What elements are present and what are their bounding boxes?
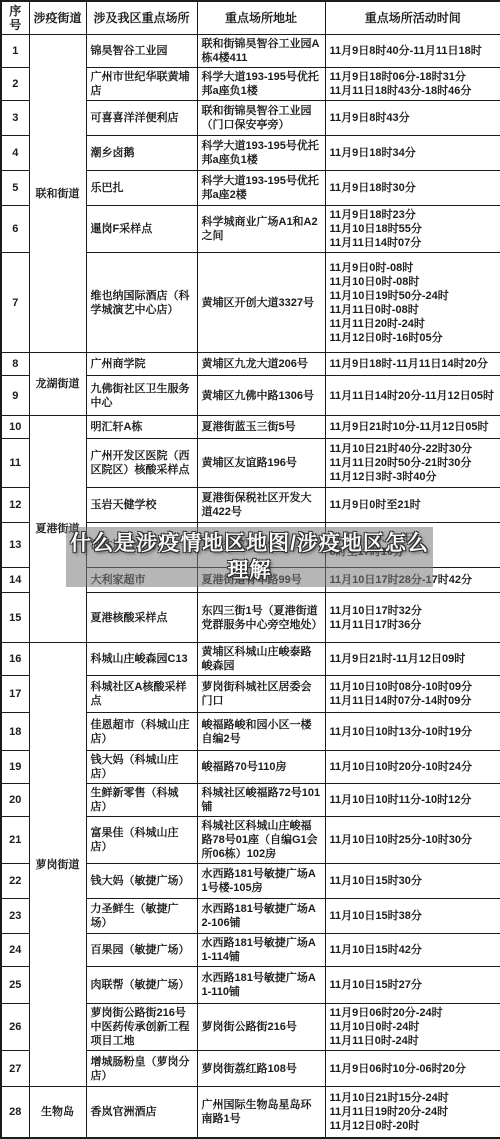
row-number-cell: 10 bbox=[1, 416, 29, 439]
time-line: 11月12日3时-3时40分 bbox=[330, 470, 497, 484]
column-header-address: 重点场所地址 bbox=[197, 1, 325, 35]
time-line: 11月12日0时-16时05分 bbox=[330, 331, 497, 345]
time-line: 11月10日18时55分 bbox=[330, 222, 497, 236]
address-cell: 萝岗街科城社区居委会门口 bbox=[197, 676, 325, 713]
place-cell: 佳恩超市（科城山庄店） bbox=[86, 713, 197, 751]
place-cell: 锦昊智谷工业园 bbox=[86, 35, 197, 68]
row-number-cell: 27 bbox=[1, 1051, 29, 1087]
time-line: 11月12日0时-20时 bbox=[330, 1119, 497, 1133]
row-number-cell: 13 bbox=[1, 523, 29, 568]
time-line: 11月9日21时-11月12日09时 bbox=[330, 652, 497, 666]
row-number-cell: 17 bbox=[1, 676, 29, 713]
page: 序号 涉疫街道 涉及我区重点场所 重点场所地址 重点场所活动时间 1联和街道锦昊… bbox=[0, 0, 500, 1139]
time-cell: 11月10日10时11分-10时12分 bbox=[325, 784, 500, 817]
time-line: 11月10日10时13分-10时19分 bbox=[330, 725, 497, 739]
time-line: 11月11日17时36分 bbox=[330, 618, 497, 632]
place-cell: 力圣鲜生（敏捷广场） bbox=[86, 899, 197, 934]
time-line: 11月9日18时34分 bbox=[330, 146, 497, 160]
time-cell: 11月9日0时至21时 bbox=[325, 488, 500, 523]
time-line: 11月11日0时-08时 bbox=[330, 303, 497, 317]
time-cell: 11月10日21时15分-24时11月11日19时20分-24时11月12日0时… bbox=[325, 1087, 500, 1138]
address-cell: 水西路181号敏捷广场A1-110铺 bbox=[197, 967, 325, 1004]
row-number-cell: 2 bbox=[1, 68, 29, 101]
address-cell: 夏港街道青年路99号 bbox=[197, 568, 325, 593]
place-cell: 增城肠粉皇（萝岗分店） bbox=[86, 1051, 197, 1087]
time-cell: 11月10日21时40分-22时30分11月11日20时50分-21时30分11… bbox=[325, 439, 500, 488]
time-cell: 11月9日18时-11月11日14时20分 bbox=[325, 353, 500, 376]
address-cell: 水西路181号敏捷广场A1-114铺 bbox=[197, 934, 325, 967]
time-line: 8时至17时10分 bbox=[330, 545, 497, 559]
time-line: 11月9日06时10分-06时20分 bbox=[330, 1062, 497, 1076]
row-number-cell: 20 bbox=[1, 784, 29, 817]
time-cell: 11月9日06时20分-24时11月10日0时-24时11月11日0时-24时 bbox=[325, 1004, 500, 1051]
place-cell: 玉岩天健学校 bbox=[86, 488, 197, 523]
time-cell: 11月9日18时34分 bbox=[325, 136, 500, 171]
address-cell: 峻福路峻和园小区一楼自编2号 bbox=[197, 713, 325, 751]
address-cell: 科学城商业广场A1和A2之间 bbox=[197, 206, 325, 253]
address-cell: 夏港街保税社区开发大道422号 bbox=[197, 488, 325, 523]
time-line: 11月10日10时20分-10时24分 bbox=[330, 760, 497, 774]
place-cell: 百果园（敏捷广场） bbox=[86, 934, 197, 967]
time-line: 11月10日10时11分-10时12分 bbox=[330, 793, 497, 807]
time-cell: 11月9、10、11日8时至17时10分 bbox=[325, 523, 500, 568]
place-cell: 广州开发区医院（西区院区）核酸采样点 bbox=[86, 439, 197, 488]
row-number-cell: 3 bbox=[1, 101, 29, 136]
address-cell: 科城社区科城山庄峻福路78号01座（自编G1会所06栋）102房 bbox=[197, 817, 325, 864]
row-number-cell: 21 bbox=[1, 817, 29, 864]
place-cell: 生鲜新零售（科城店） bbox=[86, 784, 197, 817]
time-line: 11月11日20时-24时 bbox=[330, 317, 497, 331]
address-cell: 黄埔区九佛中路1306号 bbox=[197, 376, 325, 416]
place-cell: 钱大妈（科城山庄店） bbox=[86, 751, 197, 784]
row-number-cell: 19 bbox=[1, 751, 29, 784]
row-number-cell: 18 bbox=[1, 713, 29, 751]
time-line: 11月11日19时20分-24时 bbox=[330, 1105, 497, 1119]
street-cell: 联和街道 bbox=[29, 35, 86, 353]
time-line: 11月11日0时-24时 bbox=[330, 1034, 497, 1048]
place-cell: 暹岗F采样点 bbox=[86, 206, 197, 253]
row-number-cell: 16 bbox=[1, 643, 29, 676]
time-line: 11月10日15时42分 bbox=[330, 943, 497, 957]
row-number-cell: 12 bbox=[1, 488, 29, 523]
row-number-cell: 28 bbox=[1, 1087, 29, 1138]
row-number-cell: 14 bbox=[1, 568, 29, 593]
place-cell: 明汇轩A栋 bbox=[86, 416, 197, 439]
time-line: 11月10日21时15分-24时 bbox=[330, 1091, 497, 1105]
time-cell: 11月9日8时43分 bbox=[325, 101, 500, 136]
table-row: 10夏港街道明汇轩A栋夏港街蓝玉三街5号11月9日21时10分-11月12日05… bbox=[1, 416, 500, 439]
address-cell: 水西路181号敏捷广场A1号楼-105房 bbox=[197, 864, 325, 899]
street-cell: 龙湖街道 bbox=[29, 353, 86, 416]
row-number-cell: 15 bbox=[1, 593, 29, 643]
table-header-row: 序号 涉疫街道 涉及我区重点场所 重点场所地址 重点场所活动时间 bbox=[1, 1, 500, 35]
address-cell: 黄埔区友谊路196号 bbox=[197, 439, 325, 488]
time-line: 11月10日17时32分 bbox=[330, 604, 497, 618]
time-line: 11月11日18时43分-18时46分 bbox=[330, 84, 497, 98]
time-cell: 11月11日14时20分-11月12日05时 bbox=[325, 376, 500, 416]
time-cell: 11月9日18时06分-18时31分11月11日18时43分-18时46分 bbox=[325, 68, 500, 101]
row-number-cell: 22 bbox=[1, 864, 29, 899]
address-cell: 黄埔区科城山庄峻泰路峻森园 bbox=[197, 643, 325, 676]
place-cell: 潮乡卤鹅 bbox=[86, 136, 197, 171]
time-line: 11月10日21时40分-22时30分 bbox=[330, 442, 497, 456]
time-line: 11月9日18时23分 bbox=[330, 208, 497, 222]
place-cell: 钱大妈（敏捷广场） bbox=[86, 864, 197, 899]
address-cell: 夏港街滨河路9号 bbox=[197, 523, 325, 568]
column-header-place: 涉及我区重点场所 bbox=[86, 1, 197, 35]
address-cell: 广州国际生物岛星岛环南路1号 bbox=[197, 1087, 325, 1138]
time-line: 11月9日18时30分 bbox=[330, 181, 497, 195]
place-cell: 科城山庄峻森园C13 bbox=[86, 643, 197, 676]
time-cell: 11月9日21时10分-11月12日05时 bbox=[325, 416, 500, 439]
place-cell: 乐巴扎 bbox=[86, 171, 197, 206]
time-line: 11月9日0时至21时 bbox=[330, 498, 497, 512]
time-line: 11月11日14时07分-14时09分 bbox=[330, 694, 497, 708]
address-cell: 峻福路70号110房 bbox=[197, 751, 325, 784]
place-cell: 九佛街社区卫生服务中心 bbox=[86, 376, 197, 416]
address-cell: 萝岗街荔红路108号 bbox=[197, 1051, 325, 1087]
row-number-cell: 11 bbox=[1, 439, 29, 488]
address-cell: 联和街锦昊智谷工业园（门口保安亭旁） bbox=[197, 101, 325, 136]
street-cell: 萝岗街道 bbox=[29, 643, 86, 1087]
time-line: 11月9日18时-11月11日14时20分 bbox=[330, 357, 497, 371]
time-line: 11月9日0时-08时 bbox=[330, 261, 497, 275]
time-cell: 11月10日10时20分-10时24分 bbox=[325, 751, 500, 784]
table-row: 1联和街道锦昊智谷工业园联和街锦昊智谷工业园A栋4楼41111月9日8时40分-… bbox=[1, 35, 500, 68]
place-cell: 广州商学院 bbox=[86, 353, 197, 376]
time-line: 11月9日18时06分-18时31分 bbox=[330, 70, 497, 84]
row-number-cell: 26 bbox=[1, 1004, 29, 1051]
time-line: 11月10日15时38分 bbox=[330, 909, 497, 923]
time-line: 11月11日20时50分-21时30分 bbox=[330, 456, 497, 470]
address-cell: 东四三街1号（夏港街道党群服务中心旁空地处） bbox=[197, 593, 325, 643]
place-cell: 萝岗街公路街216号中医药传承创新工程项目工地 bbox=[86, 1004, 197, 1051]
place-cell: 肉联帮（敏捷广场） bbox=[86, 967, 197, 1004]
place-cell: 香岚官洲酒店 bbox=[86, 1087, 197, 1138]
time-cell: 11月10日10时13分-10时19分 bbox=[325, 713, 500, 751]
time-line: 11月10日17时28分-17时42分 bbox=[330, 573, 497, 587]
row-number-cell: 7 bbox=[1, 253, 29, 353]
address-cell: 科学大道193-195号优托邦a座负1楼 bbox=[197, 136, 325, 171]
address-cell: 联和街锦昊智谷工业园A栋4楼411 bbox=[197, 35, 325, 68]
place-cell: 可喜喜洋洋便利店 bbox=[86, 101, 197, 136]
row-number-cell: 8 bbox=[1, 353, 29, 376]
table-row: 28生物岛香岚官洲酒店广州国际生物岛星岛环南路1号11月10日21时15分-24… bbox=[1, 1087, 500, 1138]
address-cell: 科学大道193-195号优托邦a座负1楼 bbox=[197, 68, 325, 101]
time-cell: 11月9日21时-11月12日09时 bbox=[325, 643, 500, 676]
place-cell: 维也纳国际酒店（科学城演艺中心店） bbox=[86, 253, 197, 353]
table-body: 1联和街道锦昊智谷工业园联和街锦昊智谷工业园A栋4楼41111月9日8时40分-… bbox=[1, 35, 500, 1138]
place-cell: 科城社区A核酸采样点 bbox=[86, 676, 197, 713]
time-line: 11月9日8时43分 bbox=[330, 111, 497, 125]
row-number-cell: 1 bbox=[1, 35, 29, 68]
row-number-cell: 25 bbox=[1, 967, 29, 1004]
time-cell: 11月9日18时23分11月10日18时55分11月11日14时07分 bbox=[325, 206, 500, 253]
row-number-cell: 5 bbox=[1, 171, 29, 206]
time-line: 11月9、10、11日 bbox=[330, 531, 497, 545]
time-line: 11月11日14时07分 bbox=[330, 236, 497, 250]
place-cell: 广州市世纪华联黄埔店 bbox=[86, 68, 197, 101]
address-cell: 水西路181号敏捷广场A2-106铺 bbox=[197, 899, 325, 934]
time-cell: 11月10日10时25分-10时30分 bbox=[325, 817, 500, 864]
street-cell: 生物岛 bbox=[29, 1087, 86, 1138]
column-header-time: 重点场所活动时间 bbox=[325, 1, 500, 35]
time-line: 11月9日21时10分-11月12日05时 bbox=[330, 420, 497, 434]
time-cell: 11月9日0时-08时11月10日0时-08时11月10日19时50分-24时1… bbox=[325, 253, 500, 353]
time-cell: 11月10日15时30分 bbox=[325, 864, 500, 899]
time-cell: 11月10日15时27分 bbox=[325, 967, 500, 1004]
place-cell: 大利家超市 bbox=[86, 568, 197, 593]
time-line: 11月10日15时27分 bbox=[330, 978, 497, 992]
row-number-cell: 4 bbox=[1, 136, 29, 171]
row-number-cell: 9 bbox=[1, 376, 29, 416]
time-cell: 11月10日17时32分11月11日17时36分 bbox=[325, 593, 500, 643]
place-cell: 波达通讯公司 bbox=[86, 523, 197, 568]
row-number-cell: 24 bbox=[1, 934, 29, 967]
row-number-cell: 6 bbox=[1, 206, 29, 253]
time-line: 11月10日0时-24时 bbox=[330, 1020, 497, 1034]
time-line: 11月9日06时20分-24时 bbox=[330, 1006, 497, 1020]
place-cell: 夏港核酸采样点 bbox=[86, 593, 197, 643]
column-header-seq: 序号 bbox=[1, 1, 29, 35]
time-cell: 11月10日17时28分-17时42分 bbox=[325, 568, 500, 593]
table-row: 16萝岗街道科城山庄峻森园C13黄埔区科城山庄峻泰路峻森园11月9日21时-11… bbox=[1, 643, 500, 676]
time-cell: 11月10日15时38分 bbox=[325, 899, 500, 934]
address-cell: 科学大道193-195号优托邦a座2楼 bbox=[197, 171, 325, 206]
address-cell: 科城社区峻福路72号101铺 bbox=[197, 784, 325, 817]
time-line: 11月10日0时-08时 bbox=[330, 275, 497, 289]
row-number-cell: 23 bbox=[1, 899, 29, 934]
time-line: 11月10日19时50分-24时 bbox=[330, 289, 497, 303]
epidemic-venues-table: 序号 涉疫街道 涉及我区重点场所 重点场所地址 重点场所活动时间 1联和街道锦昊… bbox=[0, 0, 500, 1139]
address-cell: 夏港街蓝玉三街5号 bbox=[197, 416, 325, 439]
address-cell: 萝岗街公路街216号 bbox=[197, 1004, 325, 1051]
table-row: 8龙湖街道广州商学院黄埔区九龙大道206号11月9日18时-11月11日14时2… bbox=[1, 353, 500, 376]
time-cell: 11月10日10时08分-10时09分11月11日14时07分-14时09分 bbox=[325, 676, 500, 713]
street-cell: 夏港街道 bbox=[29, 416, 86, 643]
time-cell: 11月9日8时40分-11月11日18时 bbox=[325, 35, 500, 68]
time-line: 11月10日10时08分-10时09分 bbox=[330, 680, 497, 694]
time-line: 11月10日15时30分 bbox=[330, 874, 497, 888]
place-cell: 富果佳（科城山庄店） bbox=[86, 817, 197, 864]
time-cell: 11月9日06时10分-06时20分 bbox=[325, 1051, 500, 1087]
address-cell: 黄埔区开创大道3327号 bbox=[197, 253, 325, 353]
time-cell: 11月10日15时42分 bbox=[325, 934, 500, 967]
time-line: 11月9日8时40分-11月11日18时 bbox=[330, 44, 497, 58]
time-line: 11月10日10时25分-10时30分 bbox=[330, 833, 497, 847]
time-line: 11月11日14时20分-11月12日05时 bbox=[330, 389, 497, 403]
address-cell: 黄埔区九龙大道206号 bbox=[197, 353, 325, 376]
time-cell: 11月9日18时30分 bbox=[325, 171, 500, 206]
column-header-street: 涉疫街道 bbox=[29, 1, 86, 35]
